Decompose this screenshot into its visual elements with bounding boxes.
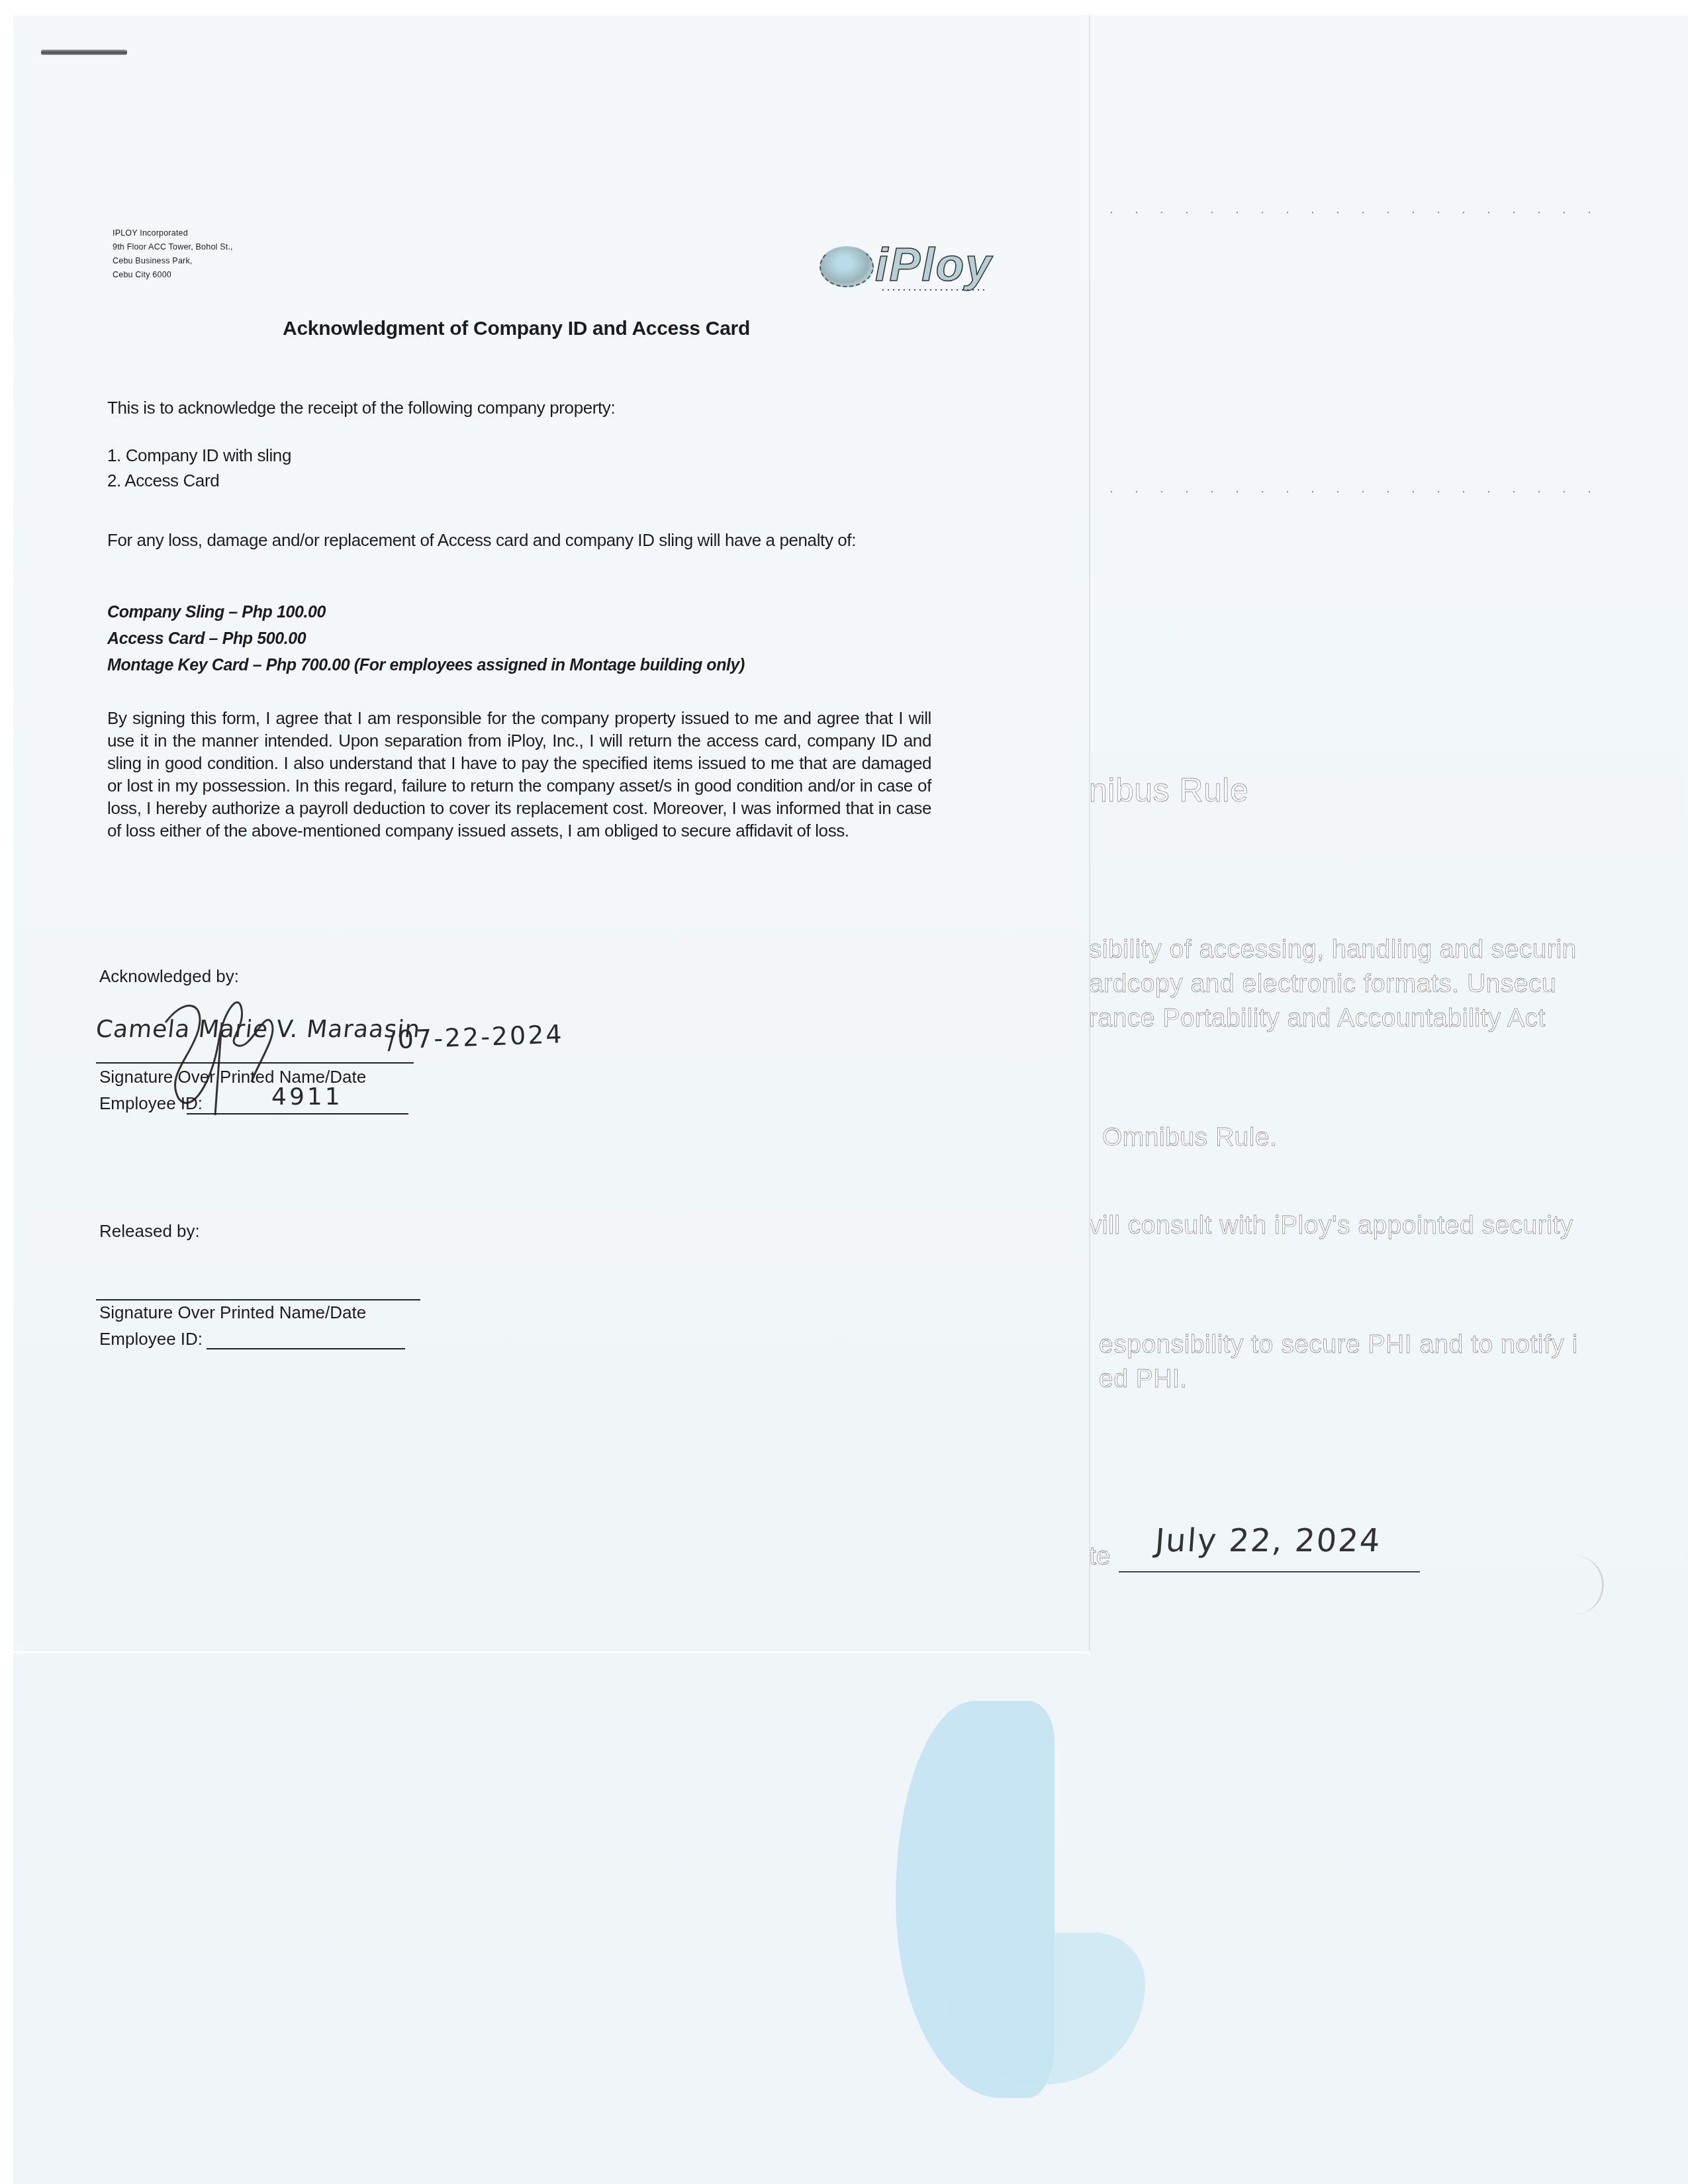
released-employee-id-label: Employee ID: [99, 1329, 203, 1349]
acknowledged-employee-id-line [187, 1113, 408, 1115]
acknowledged-handwritten-name: Camela Marie V. Maraasin [95, 1016, 422, 1043]
property-list: 1. Company ID with sling 2. Access Card [107, 443, 291, 493]
faded-text-line [1099, 490, 1602, 494]
back-page-line: ed PHI. [1099, 1365, 1188, 1394]
logo-tagline [880, 289, 986, 291]
released-by-label: Released by: [99, 1221, 200, 1242]
acknowledged-signature-line [96, 1062, 414, 1064]
back-page-line: rance Portability and Accountability Act [1089, 1004, 1546, 1033]
intro-text: This is to acknowledge the receipt of th… [107, 395, 615, 420]
iploy-logo: iPloy [814, 233, 1013, 299]
back-page-line: esponsibility to secure PHI and to notif… [1099, 1330, 1578, 1359]
released-employee-id-line [207, 1348, 405, 1349]
logo-swirl-icon [820, 246, 874, 287]
acknowledged-employee-id-value: 4911 [271, 1083, 343, 1111]
form-title: Acknowledgment of Company ID and Access … [0, 318, 1033, 340]
faded-text-line [1099, 210, 1602, 214]
back-page-line: Omnibus Rule. [1102, 1123, 1277, 1152]
company-address: IPLOY Incorporated 9th Floor ACC Tower, … [113, 226, 233, 282]
back-date-line [1119, 1571, 1420, 1572]
back-date-handwritten: July 22, 2024 [1154, 1522, 1382, 1559]
back-page-line: vill consult with iPloy's appointed secu… [1089, 1211, 1573, 1240]
penalty-item: Access Card – Php 500.00 [107, 625, 745, 652]
address-line: IPLOY Incorporated [113, 226, 233, 240]
back-page-line: sibility of accessing, handling and secu… [1089, 935, 1577, 964]
address-line: Cebu City 6000 [113, 268, 233, 282]
penalty-list: Company Sling – Php 100.00 Access Card –… [107, 599, 745, 678]
penalty-item: Montage Key Card – Php 700.00 (For emplo… [107, 652, 745, 678]
agreement-paragraph: By signing this form, I agree that I am … [107, 707, 931, 842]
released-signature-caption: Signature Over Printed Name/Date [99, 1302, 366, 1323]
staple-icon [41, 50, 127, 55]
penalty-intro: For any loss, damage and/or replacement … [107, 527, 935, 553]
address-line: 9th Floor ACC Tower, Bohol St., [113, 240, 233, 254]
back-page-line: ardcopy and electronic formats. Unsecu [1089, 970, 1556, 999]
back-date-label: te [1089, 1542, 1111, 1571]
logo-text: iPloy [875, 238, 992, 291]
acknowledged-employee-id-label: Employee ID: [99, 1093, 203, 1114]
property-item: 1. Company ID with sling [107, 443, 291, 468]
penalty-item: Company Sling – Php 100.00 [107, 599, 745, 625]
back-page-heading: nibus Rule [1089, 771, 1248, 809]
back-page [1089, 15, 1688, 2184]
acknowledged-handwritten-date: /07-22-2024 [387, 1019, 564, 1054]
released-signature-line [96, 1299, 420, 1300]
address-line: Cebu Business Park, [113, 254, 233, 268]
property-item: 2. Access Card [107, 468, 291, 493]
